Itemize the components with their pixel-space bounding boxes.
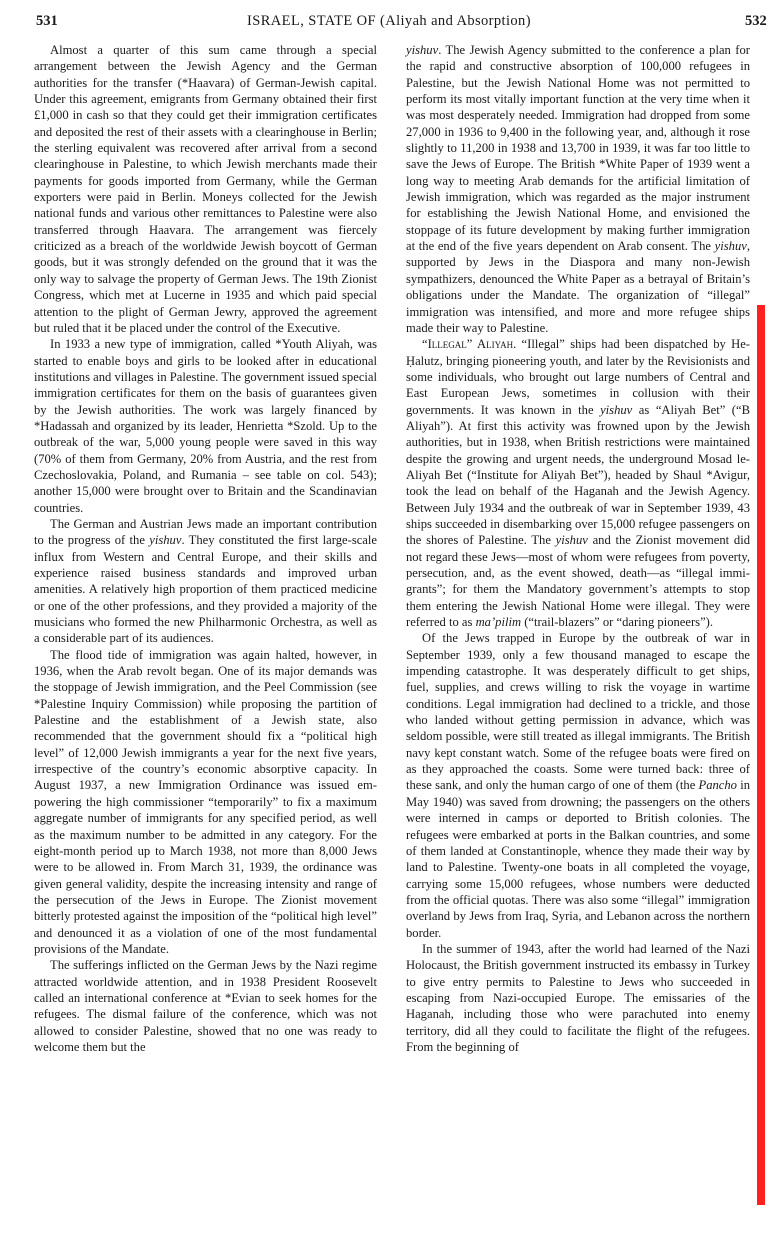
red-margin-marker bbox=[757, 305, 765, 1205]
paragraph: In the summer of 1943, after the world h… bbox=[406, 941, 750, 1055]
text-run: , supported by Jews in the Diaspora and … bbox=[406, 239, 750, 335]
page-header: 531 ISRAEL, STATE OF (Aliyah and Absorpt… bbox=[0, 13, 778, 33]
right-column: yishuv. The Jewish Agency submitted to t… bbox=[406, 42, 750, 1055]
text-run: as “Aliyah Bet” (“B Aliyah”). At first t… bbox=[406, 403, 750, 548]
italic-term: Pancho bbox=[699, 778, 737, 792]
text-run: (“trail-blazers” or “daring pioneers”). bbox=[521, 615, 713, 629]
italic-term: yishuv bbox=[715, 239, 747, 253]
italic-term: ma’pilim bbox=[476, 615, 521, 629]
paragraph: Almost a quarter of this sum came throug… bbox=[34, 42, 377, 336]
text-run: . The Jewish Agency submitted to the con… bbox=[406, 43, 750, 253]
paragraph: In 1933 a new type of immigration, calle… bbox=[34, 336, 377, 516]
italic-term: yishuv bbox=[149, 533, 181, 547]
paragraph: Of the Jews trapped in Europe by the out… bbox=[406, 630, 750, 941]
section-heading: “Illegal” Aliyah. bbox=[422, 337, 516, 351]
paragraph: The flood tide of immigration was again … bbox=[34, 647, 377, 958]
italic-term: yishuv bbox=[406, 43, 438, 57]
paragraph: The sufferings inflicted on the German J… bbox=[34, 957, 377, 1055]
text-run: . They constituted the first large-scale… bbox=[34, 533, 377, 645]
paragraph: “Illegal” Aliyah. “Illegal” ships had be… bbox=[406, 336, 750, 630]
page-number-right: 532 bbox=[745, 13, 767, 30]
paragraph: The German and Austrian Jews made an imp… bbox=[34, 516, 377, 647]
left-column: Almost a quarter of this sum came throug… bbox=[34, 42, 377, 1055]
italic-term: yishuv bbox=[600, 403, 632, 417]
paragraph: yishuv. The Jewish Agency submitted to t… bbox=[406, 42, 750, 336]
text-run: Of the Jews trapped in Europe by the out… bbox=[406, 631, 750, 792]
italic-term: yishuv bbox=[556, 533, 588, 547]
running-title: ISRAEL, STATE OF (Aliyah and Absorption) bbox=[0, 13, 778, 30]
text-run: in May 1940) was saved from drowning; th… bbox=[406, 778, 750, 939]
